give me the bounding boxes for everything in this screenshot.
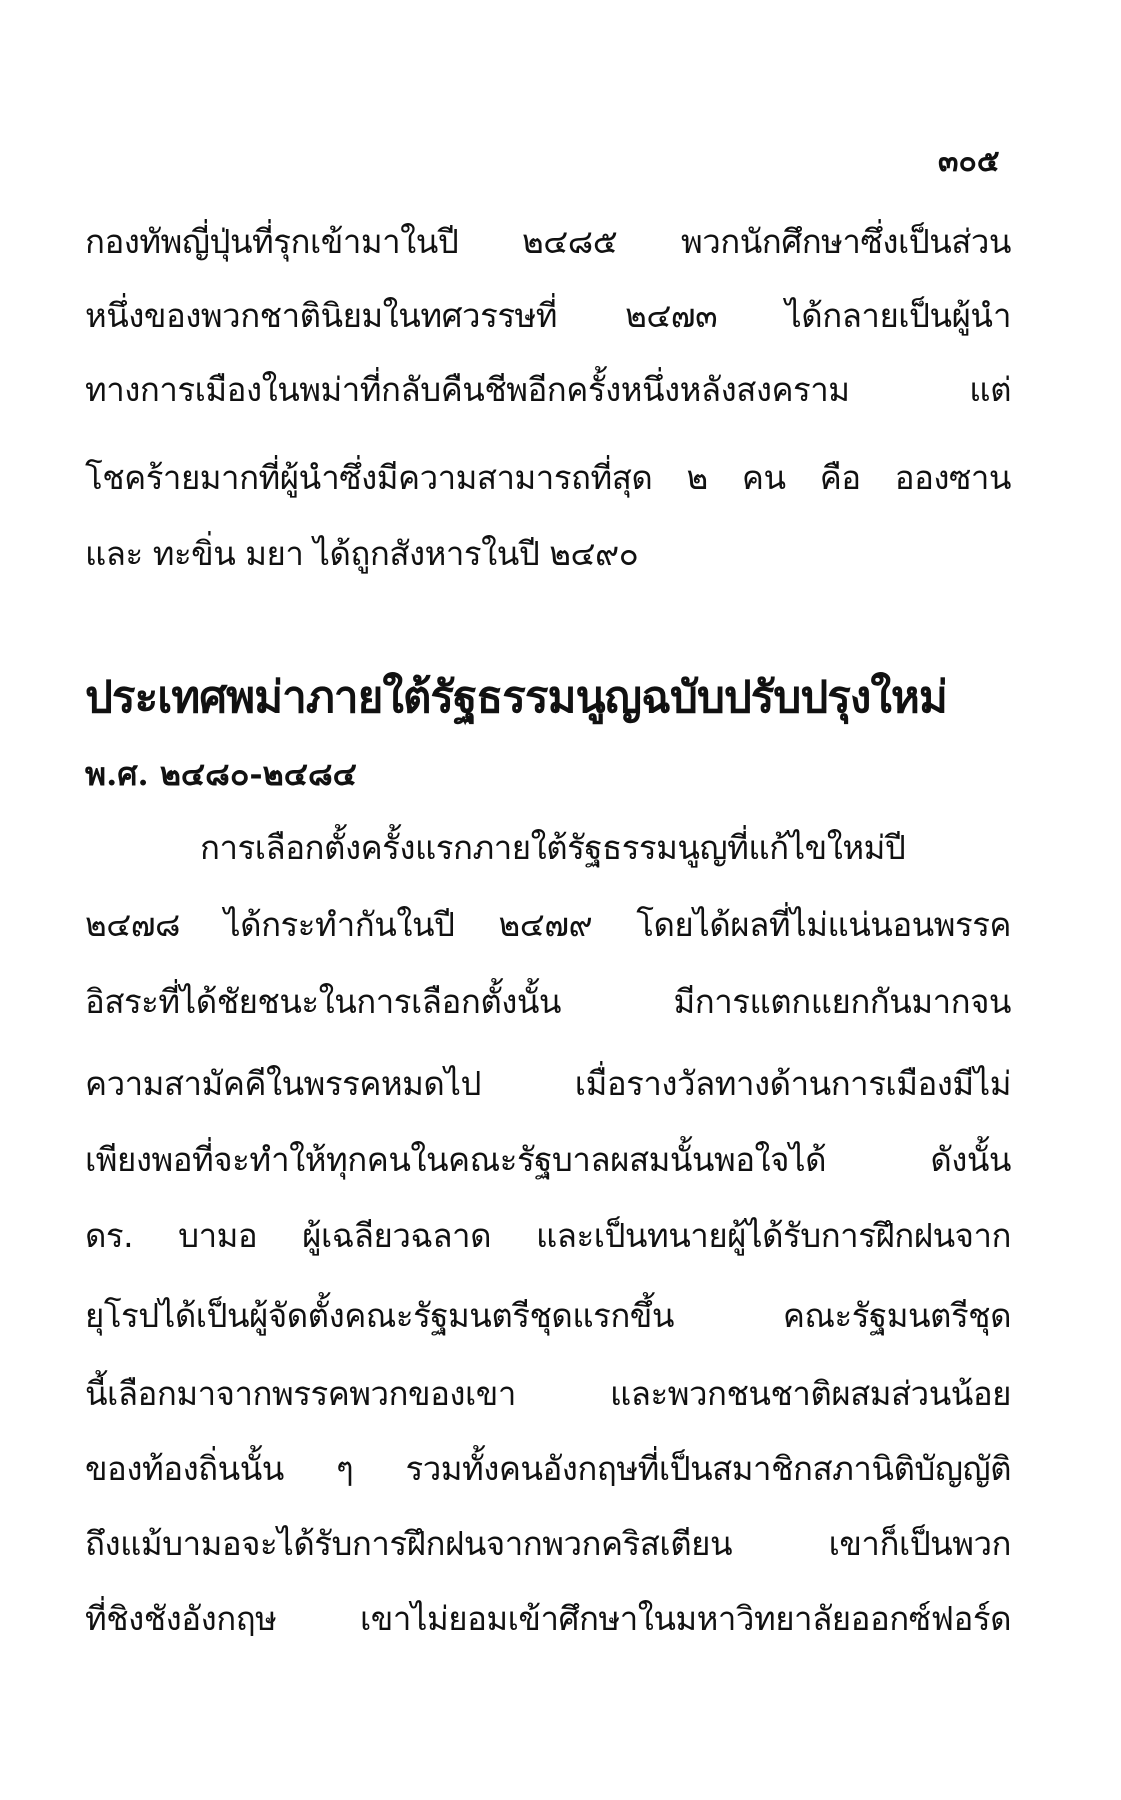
text-line: หนึ่งของพวกชาตินิยมในทศวรรษที่ ๒๔๗๓ ได้ก… [85,294,1011,338]
text-line: ของท้องถิ่นนั้น ๆ รวมทั้งคนอังกฤษที่เป็น… [85,1447,1011,1491]
text-line: โชคร้ายมากที่ผู้นำซึ่งมีความสามารถที่สุด… [85,456,1011,500]
text-line: อิสระที่ได้ชัยชนะในการเลือกตั้งนั้น มีกา… [85,980,1011,1024]
text-line: และ ทะขิ่น มยา ได้ถูกสังหารในปี ๒๔๙๐ [85,532,1011,576]
page-number: ๓๐๕ [938,138,1000,185]
section-heading: ประเทศพม่าภายใต้รัฐธรรมนูญฉบับปรับปรุงให… [85,668,1011,728]
text-line: การเลือกตั้งครั้งแรกภายใต้รัฐธรรมนูญที่แ… [200,826,1011,870]
text-line: กองทัพญี่ปุ่นที่รุกเข้ามาในปี ๒๔๘๕ พวกนั… [85,220,1011,264]
text-line: เพียงพอที่จะทำให้ทุกคนในคณะรัฐบาลผสมนั้น… [85,1138,1011,1182]
text-line: ที่ชิงชังอังกฤษ เขาไม่ยอมเข้าศึกษาในมหาว… [85,1597,1011,1641]
text-line: ถึงแม้บามอจะได้รับการฝึกฝนจากพวกคริสเตีย… [85,1522,1011,1566]
text-line: ความสามัคคีในพรรคหมดไป เมื่อรางวัลทางด้า… [85,1062,1011,1106]
text-line: นี้เลือกมาจากพรรคพวกของเขา และพวกชนชาติผ… [85,1372,1011,1416]
text-line: ยุโรปได้เป็นผู้จัดตั้งคณะรัฐมนตรีชุดแรกข… [85,1294,1011,1338]
section-subheading: พ.ศ. ๒๔๘๐-๒๔๘๔ [85,752,357,796]
text-line: ดร. บามอ ผู้เฉลียวฉลาด และเป็นทนายผู้ได้… [85,1214,1011,1258]
text-line: ๒๔๗๘ ได้กระทำกันในปี ๒๔๗๙ โดยได้ผลที่ไม่… [85,903,1011,947]
text-line: ทางการเมืองในพม่าที่กลับคืนชีพอีกครั้งหน… [85,368,1011,412]
